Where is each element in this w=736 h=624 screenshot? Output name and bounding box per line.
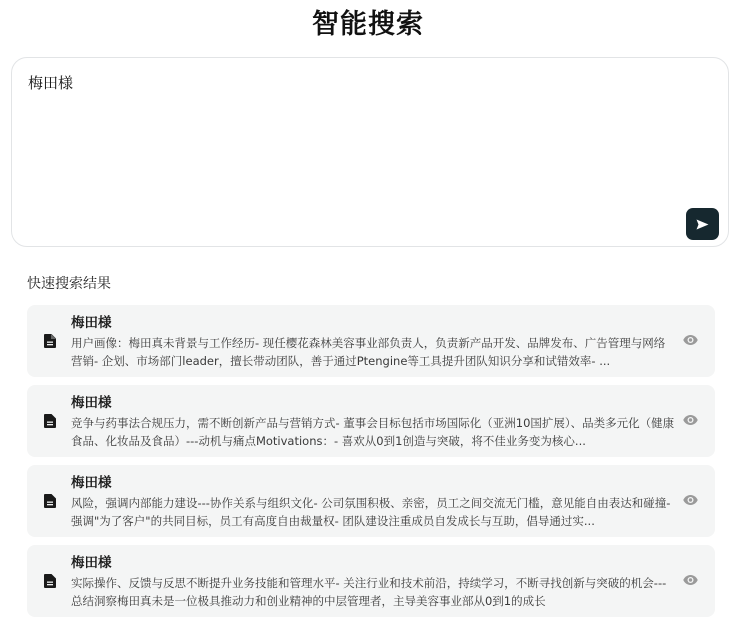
- result-card[interactable]: 梅田様 用户画像：梅田真未背景与工作经历- 现任樱花森林美容事业部负责人，负责新…: [27, 305, 715, 377]
- document-icon: [44, 414, 56, 428]
- result-title: 梅田様: [71, 474, 112, 492]
- search-input[interactable]: 梅田様: [28, 72, 668, 192]
- result-title: 梅田様: [71, 394, 112, 412]
- section-title: 快速搜索结果: [27, 274, 111, 294]
- result-card[interactable]: 梅田様 竞争与药事法合规压力，需不断创新产品与营销方式- 董事会目标包括市场国际…: [27, 385, 715, 457]
- eye-icon[interactable]: [683, 414, 698, 426]
- results-list: 梅田様 用户画像：梅田真未背景与工作经历- 现任樱花森林美容事业部负责人，负责新…: [27, 305, 715, 624]
- result-card[interactable]: 梅田様 实际操作、反馈与反思不断提升业务技能和管理水平- 关注行业和技术前沿，持…: [27, 545, 715, 617]
- send-button[interactable]: [686, 208, 719, 240]
- document-icon: [44, 574, 56, 588]
- result-description: 竞争与药事法合规压力，需不断创新产品与营销方式- 董事会目标包括市场国际化（亚洲…: [71, 414, 675, 450]
- eye-icon[interactable]: [683, 494, 698, 506]
- search-box: 梅田様: [11, 57, 729, 247]
- result-description: 实际操作、反馈与反思不断提升业务技能和管理水平- 关注行业和技术前沿，持续学习，…: [71, 574, 675, 610]
- eye-icon[interactable]: [683, 574, 698, 586]
- send-arrow-icon: [696, 219, 709, 230]
- eye-icon[interactable]: [683, 334, 698, 346]
- result-card[interactable]: 梅田様 风险，强调内部能力建设---协作关系与组织文化- 公司氛围积极、亲密，员…: [27, 465, 715, 537]
- page-title: 智能搜索: [0, 6, 736, 44]
- document-icon: [44, 494, 56, 508]
- result-title: 梅田様: [71, 554, 112, 572]
- result-description: 风险，强调内部能力建设---协作关系与组织文化- 公司氛围积极、亲密，员工之间交…: [71, 494, 675, 530]
- result-description: 用户画像：梅田真未背景与工作经历- 现任樱花森林美容事业部负责人，负责新产品开发…: [71, 334, 675, 370]
- result-title: 梅田様: [71, 314, 112, 332]
- document-icon: [44, 334, 56, 348]
